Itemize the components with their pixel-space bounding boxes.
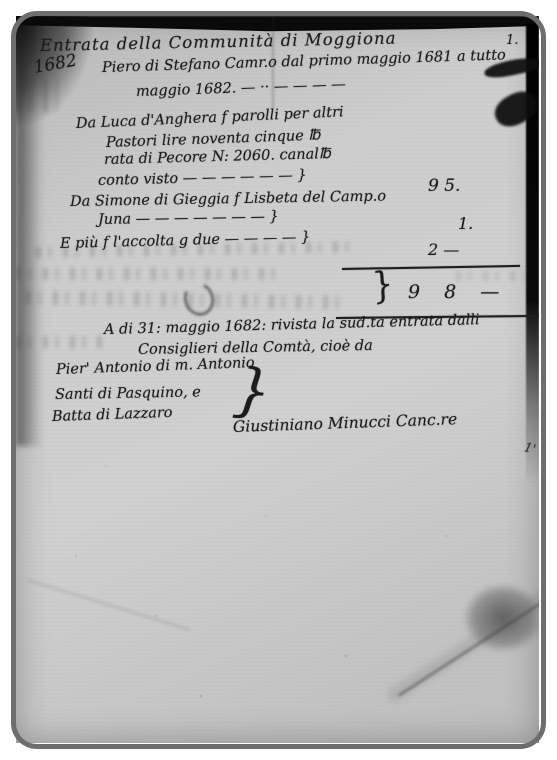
bleed-through-marks <box>16 78 58 112</box>
manuscript-scan: 1. Entrata della Communità di Moggiona 1… <box>16 16 539 743</box>
entry-amount: 1. <box>458 214 473 233</box>
entry-amount: 2 — <box>428 240 459 259</box>
bleed-through-marks <box>456 271 526 281</box>
entry-line: Juna — — — — — — — } <box>98 209 279 228</box>
bleed-through-marks <box>16 336 108 348</box>
total-amount: 9 8 — <box>408 281 508 303</box>
bleed-through-marks <box>16 268 278 280</box>
entry-amount: 9 5. <box>428 176 460 196</box>
councillor-name: Santi di Pasquino, e <box>55 384 201 403</box>
page-number: 1. <box>506 33 518 48</box>
scanned-document-page: 1. Entrata della Communità di Moggiona 1… <box>0 0 557 760</box>
